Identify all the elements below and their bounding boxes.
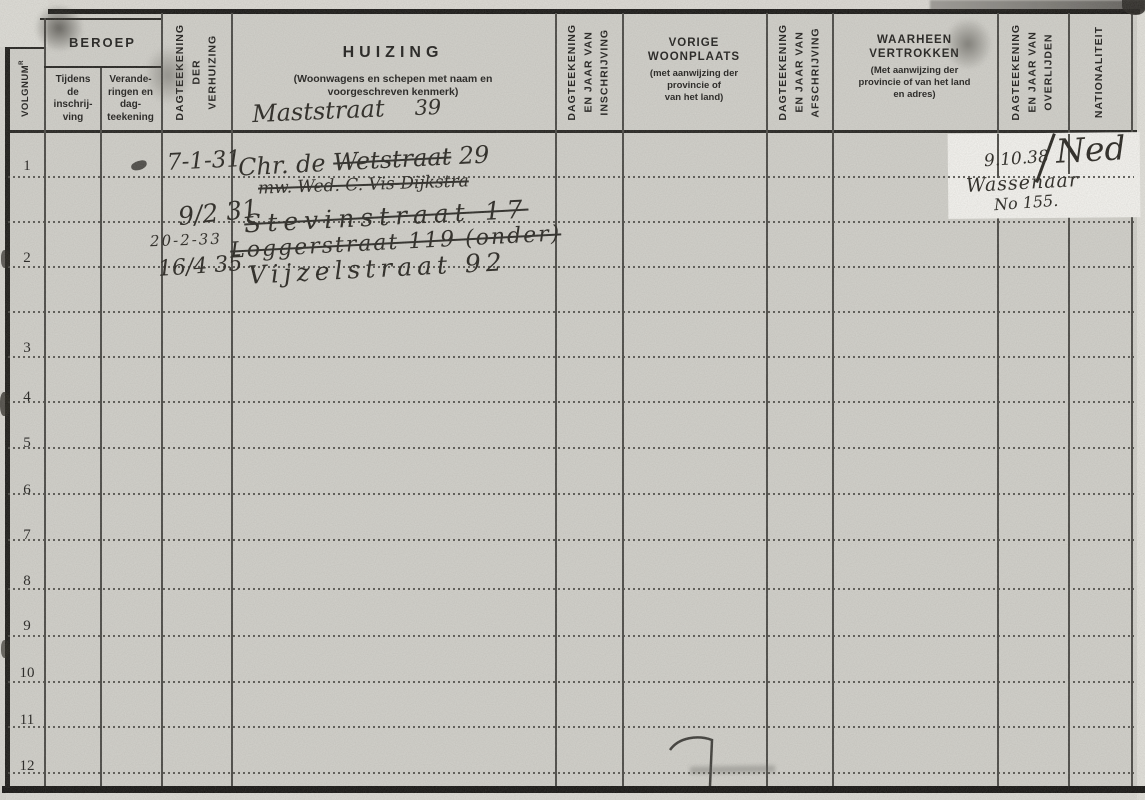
column-header-dagteekening-overlijden: DAGTEEKENING EN JAAR VAN OVERLIJDEN — [997, 13, 1068, 131]
handwritten-nationality: Ned — [1055, 131, 1126, 168]
handwritten-huizing-address: Maststraat39 — [252, 94, 442, 126]
row-number: 9 — [16, 618, 38, 635]
row-divider — [8, 588, 1134, 590]
table-left-border — [5, 47, 10, 788]
row-divider — [8, 356, 1134, 358]
row-number: 4 — [16, 389, 38, 406]
right-paper-edge — [1137, 0, 1145, 800]
volgnummer-label: VOLGNUM — [20, 65, 31, 117]
row-divider — [8, 726, 1134, 728]
row-number: 12 — [14, 758, 40, 775]
column-header-dagteekening-verhuizing: DAGTEEKENING DER VERHUIZING — [161, 15, 231, 129]
column-header-huizing: HUIZING — [231, 42, 555, 64]
row-divider — [8, 447, 1134, 449]
row-number: 11 — [14, 712, 40, 729]
column-header-dagteekening-inschrijving: DAGTEEKENING EN JAAR VAN INSCHRIJVING — [555, 13, 622, 131]
top-left-corner-paper — [0, 0, 48, 47]
column-header-nationaliteit: NATIONALITEIT — [1068, 13, 1131, 131]
table-right-border — [1131, 13, 1133, 786]
beroep-underline — [44, 66, 161, 68]
table-bottom-border — [2, 786, 1145, 793]
volgnummer-sup: R — [19, 60, 25, 65]
column-header-vorige-woonplaats: VORIGE WOONPLAATS — [622, 36, 766, 64]
handwritten-resident-name: mw. Wed. C. Vis-Dijkstra — [258, 173, 469, 197]
row-number: 2 — [16, 250, 38, 267]
stray-pen-mark — [665, 730, 721, 790]
row-divider — [8, 539, 1134, 541]
row-divider — [8, 635, 1134, 637]
handwritten-entry-date: 20-2-33 — [150, 232, 222, 249]
row-divider — [8, 772, 1134, 774]
column-header-dagteekening-afschrijving: DAGTEEKENING EN JAAR VAN AFSCHRIJVING — [766, 13, 832, 131]
handwritten-entry-date: 16/4 35 — [157, 253, 243, 281]
column-divider — [622, 13, 624, 786]
population-register-scan: VOLGNUMR BEROEP Tijdens de inschrij- vin… — [0, 0, 1145, 800]
bottom-paper-edge — [0, 793, 1145, 800]
waarheen-vertrokken-subheader: (Met aanwijzing der provincie of van het… — [832, 63, 997, 103]
column-divider — [832, 13, 834, 786]
row-number: 10 — [14, 665, 40, 682]
row-number: 5 — [16, 435, 38, 452]
beroep-subheader-veranderingen: Verande- ringen en dag- teekening — [100, 70, 161, 128]
column-header-volgnummer: VOLGNUMR — [8, 47, 44, 130]
row-divider — [8, 401, 1134, 403]
column-header-waarheen-vertrokken: WAARHEEN VERTROKKEN — [832, 33, 997, 61]
row-number: 1 — [16, 158, 38, 175]
row-number: 8 — [16, 573, 38, 590]
column-divider — [231, 13, 233, 786]
row-divider — [8, 493, 1134, 495]
row-divider — [8, 681, 1134, 683]
row-divider — [8, 311, 1134, 313]
row-number: 7 — [16, 527, 38, 544]
beroep-box-top-line — [40, 18, 161, 20]
row-number: 3 — [16, 340, 38, 357]
struck-text: Wetstraat — [332, 142, 452, 176]
top-paper-edge — [0, 0, 1145, 9]
row-number: 6 — [16, 482, 38, 499]
handwritten-entry-date: 7-1-31 — [166, 148, 241, 175]
small-ink-mark — [130, 159, 148, 172]
column-header-beroep: BEROEP — [44, 26, 161, 58]
vorige-woonplaats-subheader: (met aanwijzing der provincie of van het… — [622, 66, 766, 106]
handwritten-register-number: No 155. — [994, 193, 1059, 213]
column-divider — [100, 67, 102, 786]
row-divider — [8, 221, 1134, 223]
beroep-subheader-tijdens: Tijdens de inschrij- ving — [46, 70, 100, 128]
